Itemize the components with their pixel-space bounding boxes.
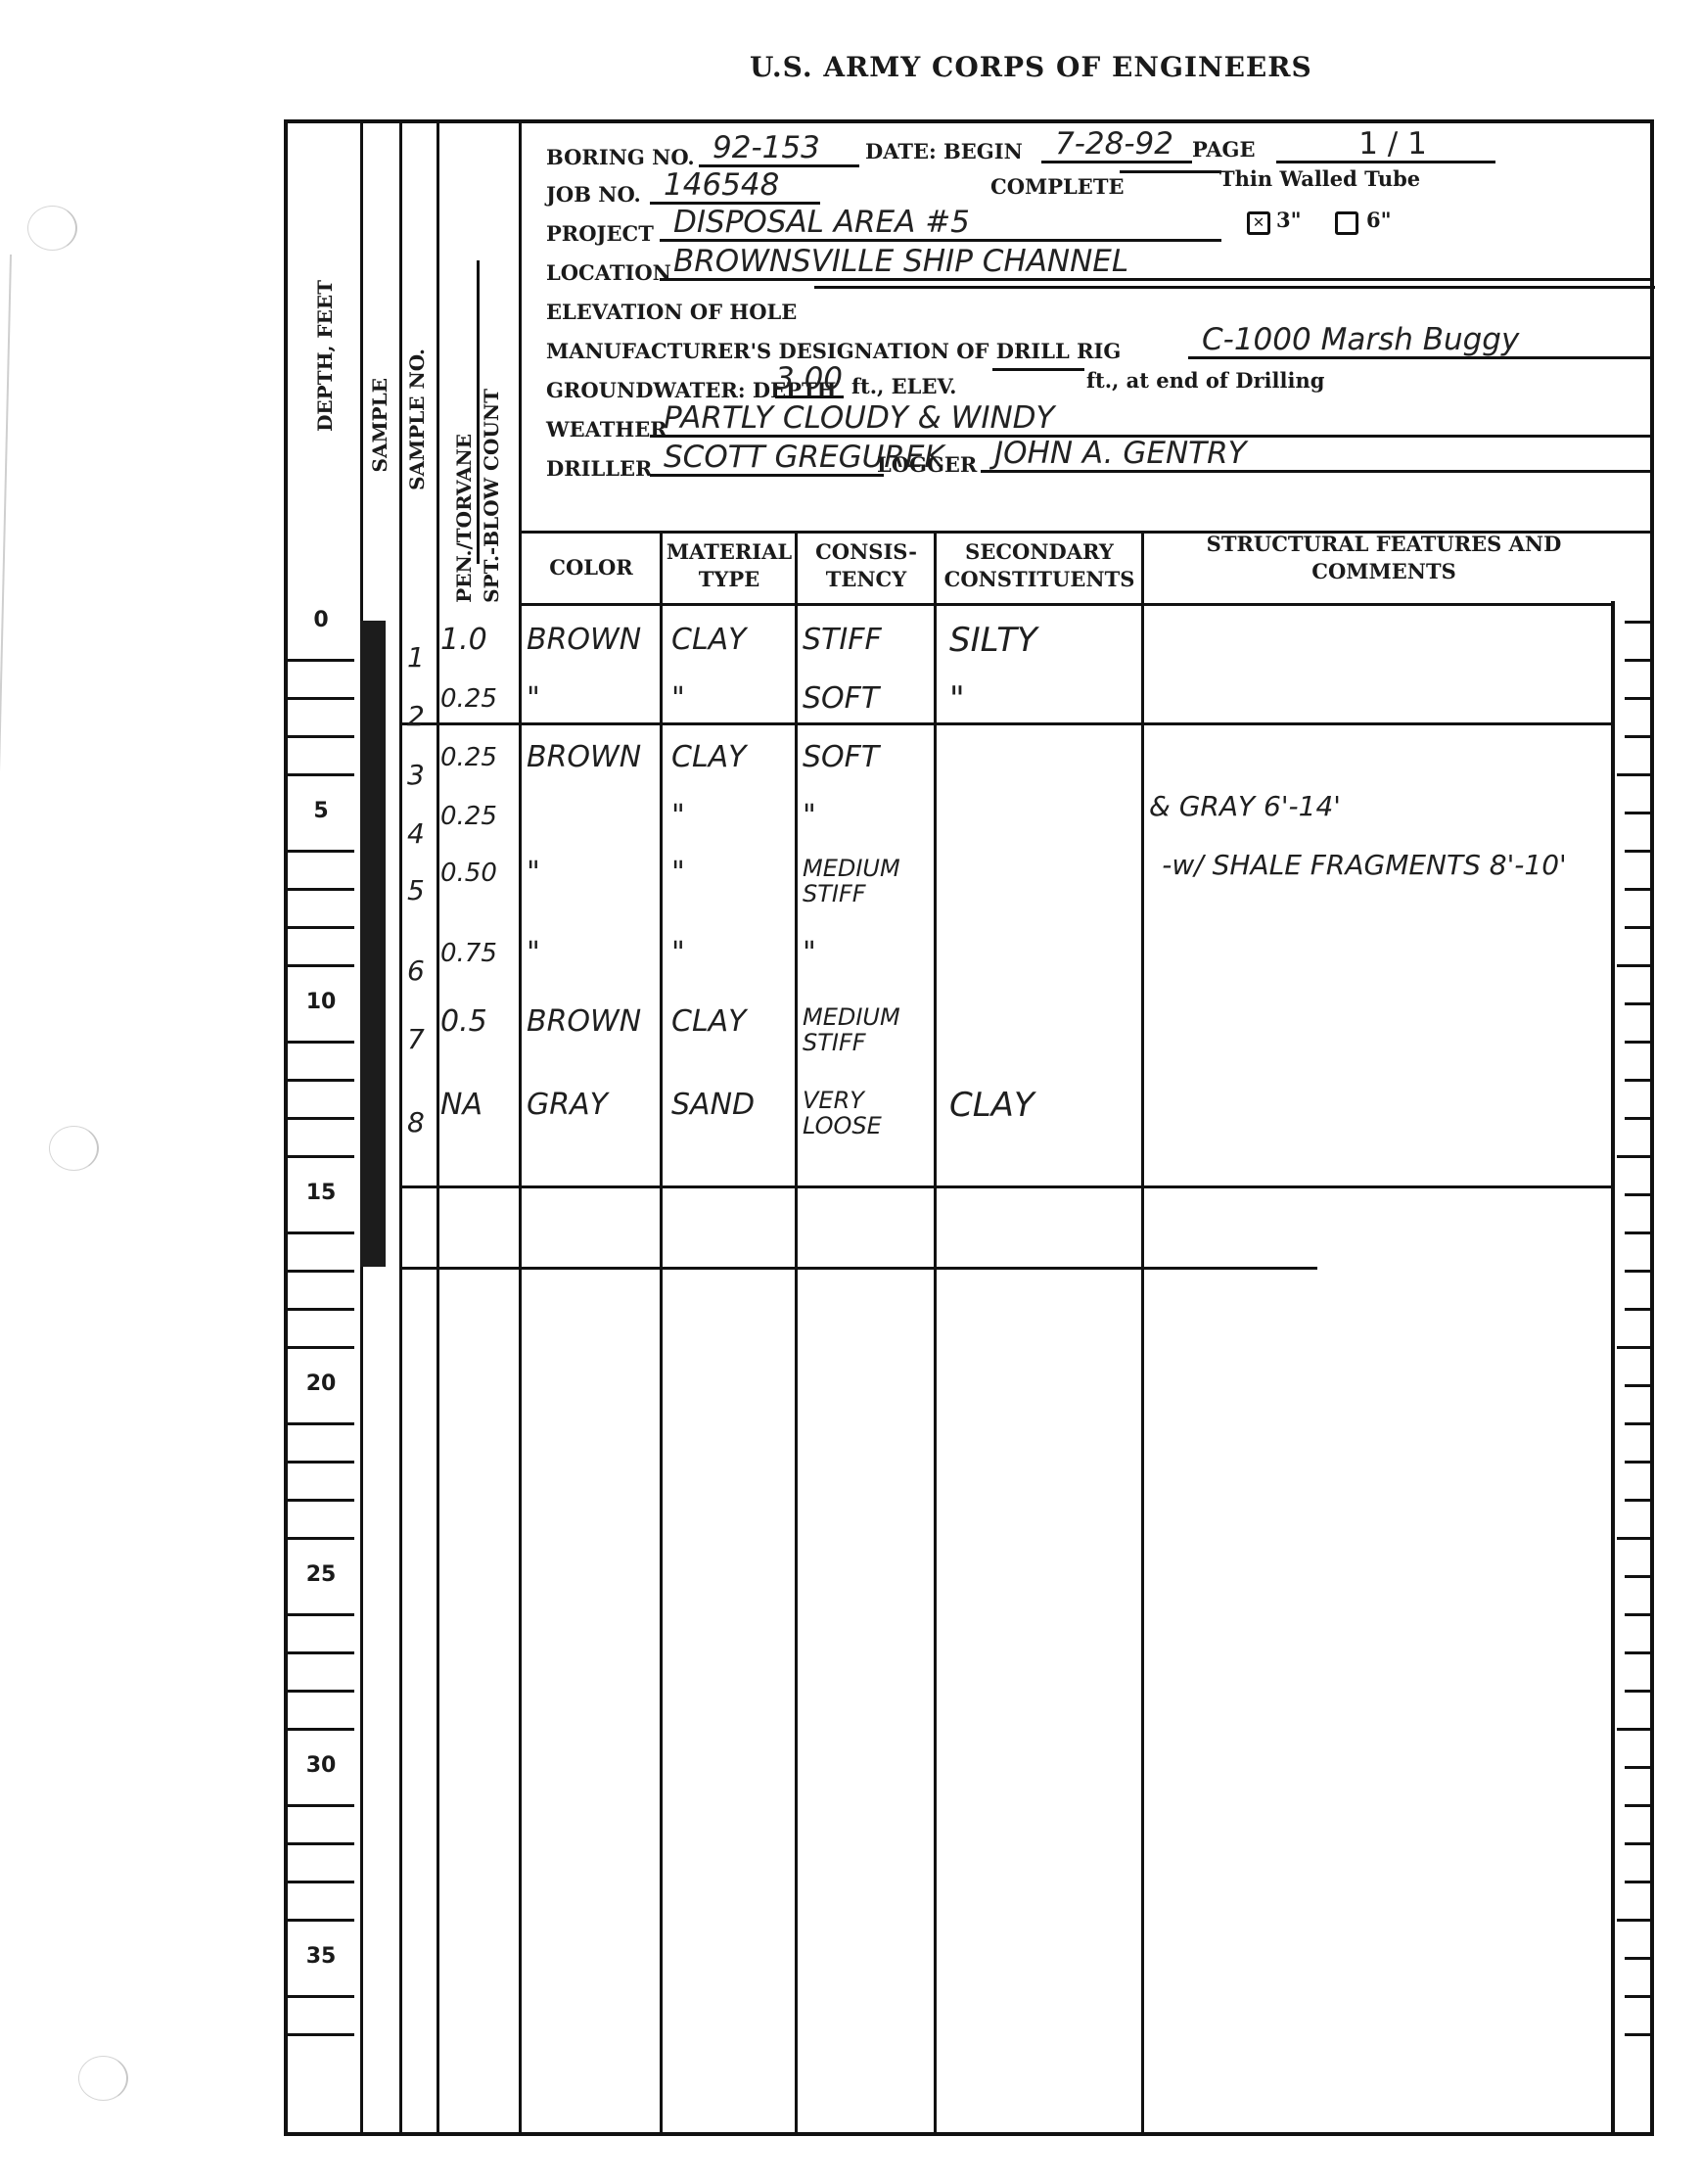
- right-scale-tick: [1625, 1995, 1650, 1998]
- sample-number: 1: [407, 640, 425, 675]
- spt-blow-count-header: SPT.-BLOW COUNT: [480, 389, 503, 603]
- depth-tick: [288, 1346, 354, 1349]
- color-value: ": [527, 856, 540, 891]
- elevation-label: ELEVATION OF HOLE: [546, 300, 797, 324]
- tube-3in-label: 3": [1276, 208, 1302, 232]
- depth-tick: [288, 926, 354, 929]
- drill-rig-label: MANUFACTURER'S DESIGNATION OF DRILL RIG: [546, 339, 1121, 363]
- right-scale-tick: [1617, 964, 1650, 967]
- depth-tick: [288, 773, 354, 776]
- right-scale-tick: [1625, 1193, 1650, 1196]
- secondary-constituents-header: SECONDARY CONSTITUENTS: [938, 538, 1141, 593]
- depth-tick: [288, 2033, 354, 2036]
- tube-6in-checkbox[interactable]: [1335, 211, 1358, 235]
- right-scale-tick: [1617, 773, 1650, 776]
- depth-tick: [288, 1117, 354, 1120]
- groundwater-depth-field[interactable]: 3.00: [775, 362, 844, 398]
- weather-field[interactable]: PARTLY CLOUDY & WINDY: [650, 401, 1652, 438]
- color-value: ": [527, 936, 540, 971]
- boring-log-form: DEPTH, FEET SAMPLE SAMPLE NO. PEN./TORVA…: [284, 119, 1654, 2136]
- depth-tick: [288, 1613, 354, 1616]
- right-scale-tick: [1625, 850, 1650, 853]
- right-scale-tick: [1625, 2033, 1650, 2036]
- right-scale-tick: [1625, 1002, 1650, 1005]
- structural-features-header: STRUCTURAL FEATURES AND COMMENTS: [1169, 531, 1599, 585]
- material-type-value: ": [671, 856, 685, 891]
- depth-tick: [288, 1231, 354, 1234]
- driller-label: DRILLER: [546, 456, 652, 481]
- depth-tick: [288, 1995, 354, 1998]
- depth-tick: [288, 888, 354, 891]
- end-of-drilling-label: ft., at end of Drilling: [1086, 368, 1324, 393]
- pen-torvane-value: 1.0: [440, 623, 487, 658]
- right-scale-tick: [1625, 1690, 1650, 1693]
- binder-hole: [78, 2056, 128, 2101]
- right-scale-tick: [1625, 697, 1650, 700]
- right-scale-tick: [1617, 1919, 1650, 1922]
- location-label: LOCATION: [546, 260, 671, 285]
- location-field[interactable]: BROWNSVILLE SHIP CHANNEL: [660, 245, 1652, 281]
- right-scale-tick: [1625, 1422, 1650, 1425]
- consistency-value: MEDIUM STIFF: [803, 856, 930, 906]
- right-scale-tick: [1625, 621, 1650, 624]
- right-scale-tick: [1625, 1079, 1650, 1082]
- right-scale-tick: [1625, 1461, 1650, 1464]
- layer-boundary: [399, 1185, 1615, 1188]
- right-scale-tick: [1625, 1270, 1650, 1273]
- depth-tick-label: 20: [288, 1371, 354, 1396]
- right-scale-tick: [1625, 1804, 1650, 1807]
- depth-tick: [288, 735, 354, 738]
- material-type-value: ": [671, 681, 685, 717]
- material-type-value: CLAY: [671, 623, 747, 658]
- consistency-value: SOFT: [803, 740, 879, 775]
- depth-tick-label: 0: [288, 608, 354, 632]
- sample-number: 7: [407, 1022, 425, 1057]
- page-edge: [0, 255, 12, 2163]
- right-scale-tick: [1625, 1842, 1650, 1845]
- right-scale-tick: [1617, 1728, 1650, 1731]
- depth-tick: [288, 697, 354, 700]
- right-scale-tick: [1617, 1346, 1650, 1349]
- depth-tick: [288, 1728, 354, 1731]
- depth-tick-label: 5: [288, 799, 354, 823]
- depth-tick: [288, 850, 354, 853]
- sample-number: 8: [407, 1105, 425, 1140]
- right-scale-tick: [1625, 1766, 1650, 1769]
- pen-torvane-value: 0.25: [440, 740, 497, 775]
- color-value: ": [527, 681, 540, 717]
- depth-tick-label: 35: [288, 1944, 354, 1969]
- depth-tick: [288, 1842, 354, 1845]
- depth-tick-label: 25: [288, 1562, 354, 1587]
- ft-elev-label: ft., ELEV.: [851, 374, 956, 398]
- right-scale-tick: [1625, 659, 1650, 662]
- color-header: COLOR: [523, 554, 660, 581]
- depth-tick: [288, 1537, 354, 1540]
- depth-tick: [288, 1079, 354, 1082]
- sample-number: 4: [407, 816, 425, 852]
- pen-torvane-value: 0.25: [440, 681, 497, 717]
- date-begin-field[interactable]: 7-28-92: [1041, 127, 1192, 163]
- color-value: BROWN: [527, 623, 641, 658]
- pen-torvane-value: 0.5: [440, 1004, 487, 1040]
- right-depth-scale: [1611, 601, 1650, 2132]
- logger-field[interactable]: JOHN A. GENTRY: [981, 437, 1650, 473]
- consistency-value: ": [803, 936, 816, 971]
- right-scale-tick: [1625, 1881, 1650, 1883]
- depth-tick: [288, 1308, 354, 1311]
- depth-tick: [288, 1270, 354, 1273]
- consistency-value: VERY LOOSE: [803, 1088, 930, 1138]
- secondary-constituents-value: CLAY: [949, 1088, 1034, 1123]
- logger-label: LOGGER: [877, 452, 977, 477]
- pen-torvane-header: PEN./TORVANE: [452, 434, 476, 603]
- date-begin-label: DATE: BEGIN: [865, 139, 1023, 163]
- color-value: BROWN: [527, 1004, 641, 1040]
- color-value: GRAY: [527, 1088, 608, 1123]
- right-scale-tick: [1625, 1651, 1650, 1654]
- project-field[interactable]: DISPOSAL AREA #5: [660, 206, 1221, 242]
- consistency-value: SOFT: [803, 681, 879, 717]
- material-type-header: MATERIAL TYPE: [664, 538, 795, 593]
- depth-tick: [288, 1690, 354, 1693]
- elevation-field[interactable]: [814, 286, 1655, 289]
- pen-spt-header: PEN./TORVANE SPT.-BLOW COUNT: [442, 192, 521, 603]
- right-scale-tick: [1625, 1308, 1650, 1311]
- secondary-constituents-value: SILTY: [949, 623, 1037, 658]
- material-type-value: ": [671, 799, 685, 834]
- organization-title: U.S. ARMY CORPS OF ENGINEERS: [750, 51, 1312, 83]
- sample-no-header: SAMPLE NO.: [405, 349, 429, 490]
- material-type-value: SAND: [671, 1088, 755, 1123]
- divider: [399, 123, 402, 2132]
- divider: [1141, 531, 1144, 2132]
- right-scale-tick: [1625, 1613, 1650, 1616]
- right-scale-tick: [1617, 1155, 1650, 1158]
- boring-no-label: BORING NO.: [546, 145, 695, 169]
- tube-3in-checkbox[interactable]: ✕: [1247, 211, 1270, 235]
- right-scale-tick: [1625, 888, 1650, 891]
- layer-boundary: [399, 1267, 1317, 1270]
- job-no-label: JOB NO.: [546, 182, 641, 207]
- depth-tick: [288, 1651, 354, 1654]
- right-scale-tick: [1625, 812, 1650, 814]
- material-type-value: ": [671, 936, 685, 971]
- comment-gray: & GRAY 6'-14': [1149, 789, 1341, 824]
- divider: [795, 531, 798, 2132]
- complete-field[interactable]: [1120, 170, 1221, 173]
- pen-torvane-value: 0.25: [440, 799, 497, 834]
- depth-tick-label: 15: [288, 1181, 354, 1205]
- depth-tick: [288, 659, 354, 662]
- drill-rig-field[interactable]: C-1000 Marsh Buggy: [1188, 323, 1652, 359]
- pen-torvane-value: 0.50: [440, 856, 497, 891]
- consistency-value: ": [803, 799, 816, 834]
- depth-tick: [288, 1041, 354, 1044]
- color-value: BROWN: [527, 740, 641, 775]
- depth-tick: [288, 964, 354, 967]
- boring-no-field[interactable]: 92-153: [699, 131, 859, 167]
- pen-torvane-value: 0.75: [440, 936, 497, 971]
- comment-shale: -w/ SHALE FRAGMENTS 8'-10': [1149, 848, 1580, 883]
- thin-walled-tube-label: Thin Walled Tube: [1219, 166, 1420, 191]
- project-label: PROJECT: [546, 221, 654, 246]
- material-type-value: CLAY: [671, 1004, 747, 1040]
- depth-tick: [288, 1499, 354, 1502]
- complete-label: COMPLETE: [990, 174, 1124, 199]
- binder-hole: [49, 1126, 99, 1171]
- depth-tick: [288, 1804, 354, 1807]
- divider: [934, 531, 937, 2132]
- sample-number: 5: [407, 873, 425, 908]
- pen-torvane-value: NA: [440, 1088, 483, 1123]
- depth-tick: [288, 1422, 354, 1425]
- header-info-box: BORING NO. 92-153 DATE: BEGIN 7-28-92 PA…: [523, 123, 1650, 534]
- depth-feet-header: DEPTH, FEET: [313, 280, 337, 432]
- page-label: PAGE: [1192, 137, 1256, 162]
- right-scale-tick: [1625, 1117, 1650, 1120]
- consistency-value: STIFF: [803, 623, 882, 658]
- right-scale-tick: [1625, 735, 1650, 738]
- depth-tick-label: 30: [288, 1753, 354, 1778]
- sample-header: SAMPLE: [368, 378, 391, 472]
- right-scale-tick: [1625, 926, 1650, 929]
- sample-number: 2: [407, 699, 425, 734]
- depth-tick: [288, 1155, 354, 1158]
- depth-tick-label: 10: [288, 990, 354, 1014]
- tube-6in-label: 6": [1366, 208, 1392, 232]
- right-scale-tick: [1625, 1499, 1650, 1502]
- column-header-rule: [519, 603, 1615, 606]
- divider: [437, 123, 439, 2132]
- driller-field[interactable]: SCOTT GREGUREK: [650, 441, 884, 477]
- right-scale-tick: [1625, 1231, 1650, 1234]
- right-scale-tick: [1625, 1957, 1650, 1960]
- binder-hole: [27, 206, 77, 251]
- consistency-value: MEDIUM STIFF: [803, 1004, 930, 1055]
- sample-interval-bar: [360, 621, 386, 1267]
- divider: [660, 531, 663, 2132]
- sample-number: 6: [407, 953, 425, 989]
- sample-number: 3: [407, 758, 425, 793]
- job-no-field[interactable]: 146548: [650, 168, 820, 205]
- right-scale-tick: [1625, 1041, 1650, 1044]
- secondary-constituents-value: ": [949, 681, 965, 717]
- consistency-header: CONSIS- TENCY: [799, 538, 934, 593]
- right-scale-tick: [1625, 1575, 1650, 1578]
- page-field[interactable]: 1 / 1: [1276, 127, 1495, 163]
- right-scale-tick: [1617, 1537, 1650, 1540]
- depth-tick: [288, 1881, 354, 1883]
- material-type-value: CLAY: [671, 740, 747, 775]
- layer-boundary: [399, 722, 1615, 725]
- depth-tick: [288, 1461, 354, 1464]
- groundwater-elev-field[interactable]: [992, 368, 1084, 371]
- right-scale-tick: [1625, 1384, 1650, 1387]
- depth-tick: [288, 1919, 354, 1922]
